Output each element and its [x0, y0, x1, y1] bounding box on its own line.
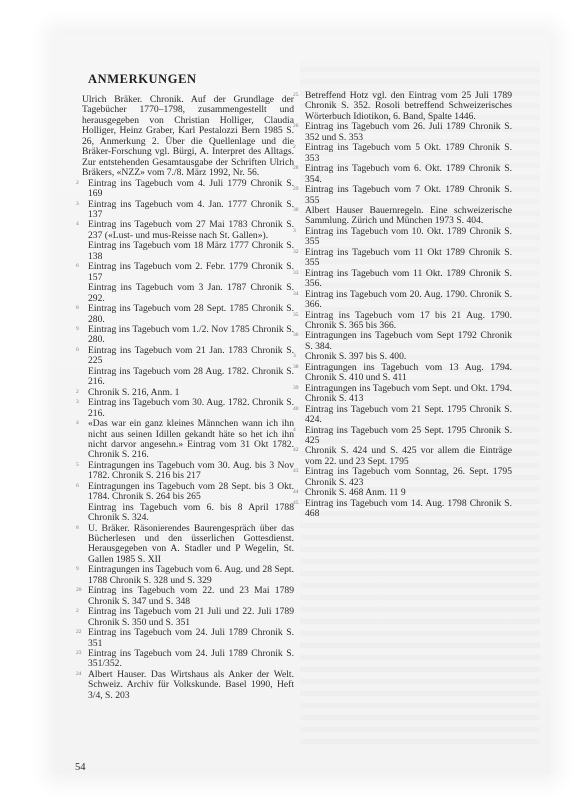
notes-column-left: Ulrich Bräker. Chronik. Auf der Grundlag…: [82, 95, 294, 701]
footnote: 34Eintrag ins Tagebuch vom 20. Aug. 1790…: [299, 290, 512, 311]
footnote: 43Eintrag ins Tagebuch vom Sonntag, 26. …: [299, 467, 512, 488]
footnote-text: Eintrag ins Tagebuch vom 11 Okt 1789 Chr…: [305, 248, 512, 269]
footnote-text: Eintrag ins Tagebuch vom 30. Aug. 1782. …: [88, 398, 294, 419]
footnote-number: 28: [293, 163, 299, 173]
footnote: Eintrag ins Tagebuch vom 28 Aug. 1782. C…: [82, 367, 294, 388]
footnote-text: Eintragungen ins Tagebuch vom 6. Aug. un…: [88, 565, 294, 586]
footnote: 3Eintrag ins Tagebuch vom 30. Aug. 1782.…: [82, 398, 294, 419]
footnote-text: Eintrag ins Tagebuch vom 14. Aug. 1798 C…: [305, 499, 512, 520]
page-number: 54: [75, 762, 86, 773]
footnote-number: 3: [293, 226, 296, 236]
footnote: 32Eintrag ins Tagebuch vom 11 Okt 1789 C…: [299, 248, 512, 269]
footnote-number: 29: [293, 184, 299, 194]
footnote-number: 39: [293, 383, 299, 393]
footnote-text: Eintrag ins Tagebuch vom 21 Jan. 1783 Ch…: [88, 346, 294, 367]
footnote-text: Eintrag ins Tagebuch vom 6. bis 8 April …: [88, 503, 294, 524]
footnote-number: 2: [76, 387, 79, 397]
footnote: 36Eintragungen ins Tagebuch vom Sept 179…: [299, 331, 512, 352]
footnote-text: Eintrag ins Tagebuch vom 25 Sept. 1795 C…: [305, 426, 512, 447]
footnote: 25Betreffend Hotz vgl. den Eintrag vom 2…: [299, 91, 512, 122]
footnote: 33Eintrag ins Tagebuch vom 11 Okt. 1789 …: [299, 269, 512, 290]
footnote: 2Eintrag ins Tagebuch vom 5 Okt. 1789 Ch…: [299, 143, 512, 164]
footnote-number: 5: [76, 460, 79, 470]
footnote: 39Eintragungen ins Tagebuch vom Sept. un…: [299, 384, 512, 405]
footnote-number: 34: [293, 289, 299, 299]
footnote: 6Eintrag ins Tagebuch vom 2. Febr. 1779 …: [82, 262, 294, 283]
footnote-number: 33: [293, 268, 299, 278]
footnote: 2Eintrag ins Tagebuch vom 21 Juli und 22…: [82, 607, 294, 628]
footnote: 3Eintrag ins Tagebuch vom 10. Okt. 1789 …: [299, 227, 512, 248]
footnote-text: Albert Hauser. Das Wirtshaus als Anker d…: [88, 670, 294, 701]
footnote-number: 42: [293, 445, 299, 455]
footnote-text: Eintrag ins Tagebuch vom 26. Juli 1789 C…: [305, 122, 512, 143]
footnote-text: Eintragungen ins Tagebuch vom Sept. und …: [305, 384, 512, 405]
footnote-text: Eintrag ins Tagebuch vom 1./2. Nov 1785 …: [88, 325, 294, 346]
footnote-number: 38: [293, 362, 299, 372]
footnote: Eintrag ins Tagebuch vom 6. bis 8 April …: [82, 503, 294, 524]
footnote-text: Eintrag ins Tagebuch vom 28 Sept. 1785 C…: [88, 304, 294, 325]
footnote-number: 4: [76, 418, 79, 428]
footnote: Eintrag ins Tagebuch vom 18 März 1777 Ch…: [82, 241, 294, 262]
footnote-number: 4: [76, 219, 79, 229]
footnote-number: 3: [76, 397, 79, 407]
footnote-text: Eintrag ins Tagebuch vom 11 Okt. 1789 Ch…: [305, 269, 512, 290]
footnote-number: 20: [76, 585, 82, 595]
footnote-number: 32: [293, 247, 299, 257]
footnote-text: Eintragungen ins Tagebuch vom 13 Aug. 17…: [305, 363, 512, 384]
footnote-text: Eintragungen ins Tagebuch vom 30. Aug. b…: [88, 461, 294, 482]
footnote-text: Eintrag ins Tagebuch vom 21 Sept. 1795 C…: [305, 405, 512, 426]
footnote-text: Betreffend Hotz vgl. den Eintrag vom 25 …: [305, 91, 512, 122]
footnote-number: 6: [76, 261, 79, 271]
footnote: 8Eintrag ins Tagebuch vom 28 Sept. 1785 …: [82, 304, 294, 325]
footnote: 30Albert Hauser Bauernregeln. Eine schwe…: [299, 206, 512, 227]
footnote: 40Eintrag ins Tagebuch vom 21 Sept. 1795…: [299, 405, 512, 426]
footnote-number: 24: [76, 669, 82, 679]
footnote-text: Eintrag ins Tagebuch vom 18 März 1777 Ch…: [88, 241, 294, 262]
footnote: 35Eintrag ins Tagebuch vom 17 bis 21 Aug…: [299, 311, 512, 332]
footnote-number: 3: [293, 351, 296, 361]
footnote-text: Eintrag ins Tagebuch vom 3 Jan. 1787 Chr…: [88, 283, 294, 304]
footnote-number: 45: [293, 498, 299, 508]
footnote-text: Eintrag ins Tagebuch vom 27 Mai 1783 Chr…: [88, 220, 294, 241]
footnote-number: 26: [293, 121, 299, 131]
footnote-number: 44: [293, 487, 299, 497]
footnote-text: Eintragungen ins Tagebuch vom Sept 1792 …: [305, 331, 512, 352]
footnote: 2Eintrag ins Tagebuch vom 4. Juli 1779 C…: [82, 179, 294, 200]
footnote: 6Eintragungen ins Tagebuch vom 28 Sept. …: [82, 482, 294, 503]
footnote-text: Eintrag ins Tagebuch vom 4. Juli 1779 Ch…: [88, 179, 294, 200]
footnote: 4Eintrag ins Tagebuch vom 27 Mai 1783 Ch…: [82, 220, 294, 241]
footnote: 9Eintragungen ins Tagebuch vom 6. Aug. u…: [82, 565, 294, 586]
footnote-number: 0: [76, 345, 79, 355]
footnote-text: Eintrag ins Tagebuch vom 2. Febr. 1779 C…: [88, 262, 294, 283]
footnote-text: Eintrag ins Tagebuch vom 28 Aug. 1782. C…: [88, 367, 294, 388]
footnote-text: Eintrag ins Tagebuch vom 10. Okt. 1789 C…: [305, 227, 512, 248]
footnote-number: 43: [293, 466, 299, 476]
footnote: Eintrag ins Tagebuch vom 3 Jan. 1787 Chr…: [82, 283, 294, 304]
footnote: 5Eintragungen ins Tagebuch vom 30. Aug. …: [82, 461, 294, 482]
footnote-number: 35: [293, 310, 299, 320]
footnote-text: Eintragungen ins Tagebuch vom 28 Sept. b…: [88, 482, 294, 503]
notes-column-right: 25Betreffend Hotz vgl. den Eintrag vom 2…: [299, 91, 512, 520]
footnote: 4«Das war ein ganz kleines Männchen wann…: [82, 419, 294, 461]
footnote-number: 9: [76, 564, 79, 574]
footnote-text: Eintrag ins Tagebuch vom 21 Juli und 22.…: [88, 607, 294, 628]
footnote-number: 36: [293, 330, 299, 340]
footnote-number: 2: [76, 606, 79, 616]
footnote-number: 8: [76, 303, 79, 313]
footnote-text: Eintrag ins Tagebuch vom 5 Okt. 1789 Chr…: [305, 143, 512, 164]
footnote-number: 6: [76, 481, 79, 491]
footnote: 23Eintrag ins Tagebuch vom 24. Juli 1789…: [82, 649, 294, 670]
footnote-number: 4: [293, 425, 296, 435]
footnote-text: Eintrag ins Tagebuch vom 24. Juli 1789 C…: [88, 649, 294, 670]
footnote-text: Eintrag ins Tagebuch vom 4. Jan. 1777 Ch…: [88, 200, 294, 221]
footnote-text: Eintrag ins Tagebuch vom 22. und 23 Mai …: [88, 586, 294, 607]
footnote-number: 30: [293, 205, 299, 215]
footnote: 4Eintrag ins Tagebuch vom 25 Sept. 1795 …: [299, 426, 512, 447]
footnote: 29Eintrag ins Tagebuch vom 7 Okt. 1789 C…: [299, 185, 512, 206]
footnote: 20Eintrag ins Tagebuch vom 22. und 23 Ma…: [82, 586, 294, 607]
footnote-text: Eintrag ins Tagebuch vom Sonntag, 26. Se…: [305, 467, 512, 488]
footnote: Ulrich Bräker. Chronik. Auf der Grundlag…: [82, 95, 294, 179]
section-heading: ANMERKUNGEN: [88, 72, 197, 87]
footnote-text: Eintrag ins Tagebuch vom 17 bis 21 Aug. …: [305, 311, 512, 332]
footnote-number: 25: [293, 90, 299, 100]
footnote: 9Eintrag ins Tagebuch vom 1./2. Nov 1785…: [82, 325, 294, 346]
footnote: 38Eintragungen ins Tagebuch vom 13 Aug. …: [299, 363, 512, 384]
footnote: 22Eintrag ins Tagebuch vom 24. Juli 1789…: [82, 628, 294, 649]
footnote-text: Ulrich Bräker. Chronik. Auf der Grundlag…: [82, 95, 294, 179]
footnote-number: 3: [76, 199, 79, 209]
footnote-text: Albert Hauser Bauernregeln. Eine schweiz…: [305, 206, 512, 227]
footnote-number: 40: [293, 404, 299, 414]
footnote: 0Eintrag ins Tagebuch vom 21 Jan. 1783 C…: [82, 346, 294, 367]
footnote-text: Eintrag ins Tagebuch vom 6. Okt. 1789 Ch…: [305, 164, 512, 185]
footnote-text: Eintrag ins Tagebuch vom 7 Okt. 1789 Chr…: [305, 185, 512, 206]
footnote-text: U. Bräker. Räsonierendes Baurengespräch …: [88, 524, 294, 566]
footnote: 24Albert Hauser. Das Wirtshaus als Anker…: [82, 670, 294, 701]
footnote: 28Eintrag ins Tagebuch vom 6. Okt. 1789 …: [299, 164, 512, 185]
footnote: 8U. Bräker. Räsonierendes Baurengespräch…: [82, 524, 294, 566]
footnote: 26Eintrag ins Tagebuch vom 26. Juli 1789…: [299, 122, 512, 143]
footnote-number: 2: [293, 142, 296, 152]
footnote: 45Eintrag ins Tagebuch vom 14. Aug. 1798…: [299, 499, 512, 520]
footnote-text: Eintrag ins Tagebuch vom 24. Juli 1789 C…: [88, 628, 294, 649]
footnote-number: 8: [76, 523, 79, 533]
footnote-text: Eintrag ins Tagebuch vom 20. Aug. 1790. …: [305, 290, 512, 311]
footnote: 42Chronik S. 424 und S. 425 vor allem di…: [299, 446, 512, 467]
footnote-number: 22: [76, 627, 82, 637]
footnote-number: 9: [76, 324, 79, 334]
footnote-text: Chronik S. 424 und S. 425 vor allem die …: [305, 446, 512, 467]
footnote: 3Eintrag ins Tagebuch vom 4. Jan. 1777 C…: [82, 200, 294, 221]
footnote-text: «Das war ein ganz kleines Männchen wann …: [88, 419, 294, 461]
footnote-number: 23: [76, 648, 82, 658]
footnote-number: 2: [76, 178, 79, 188]
